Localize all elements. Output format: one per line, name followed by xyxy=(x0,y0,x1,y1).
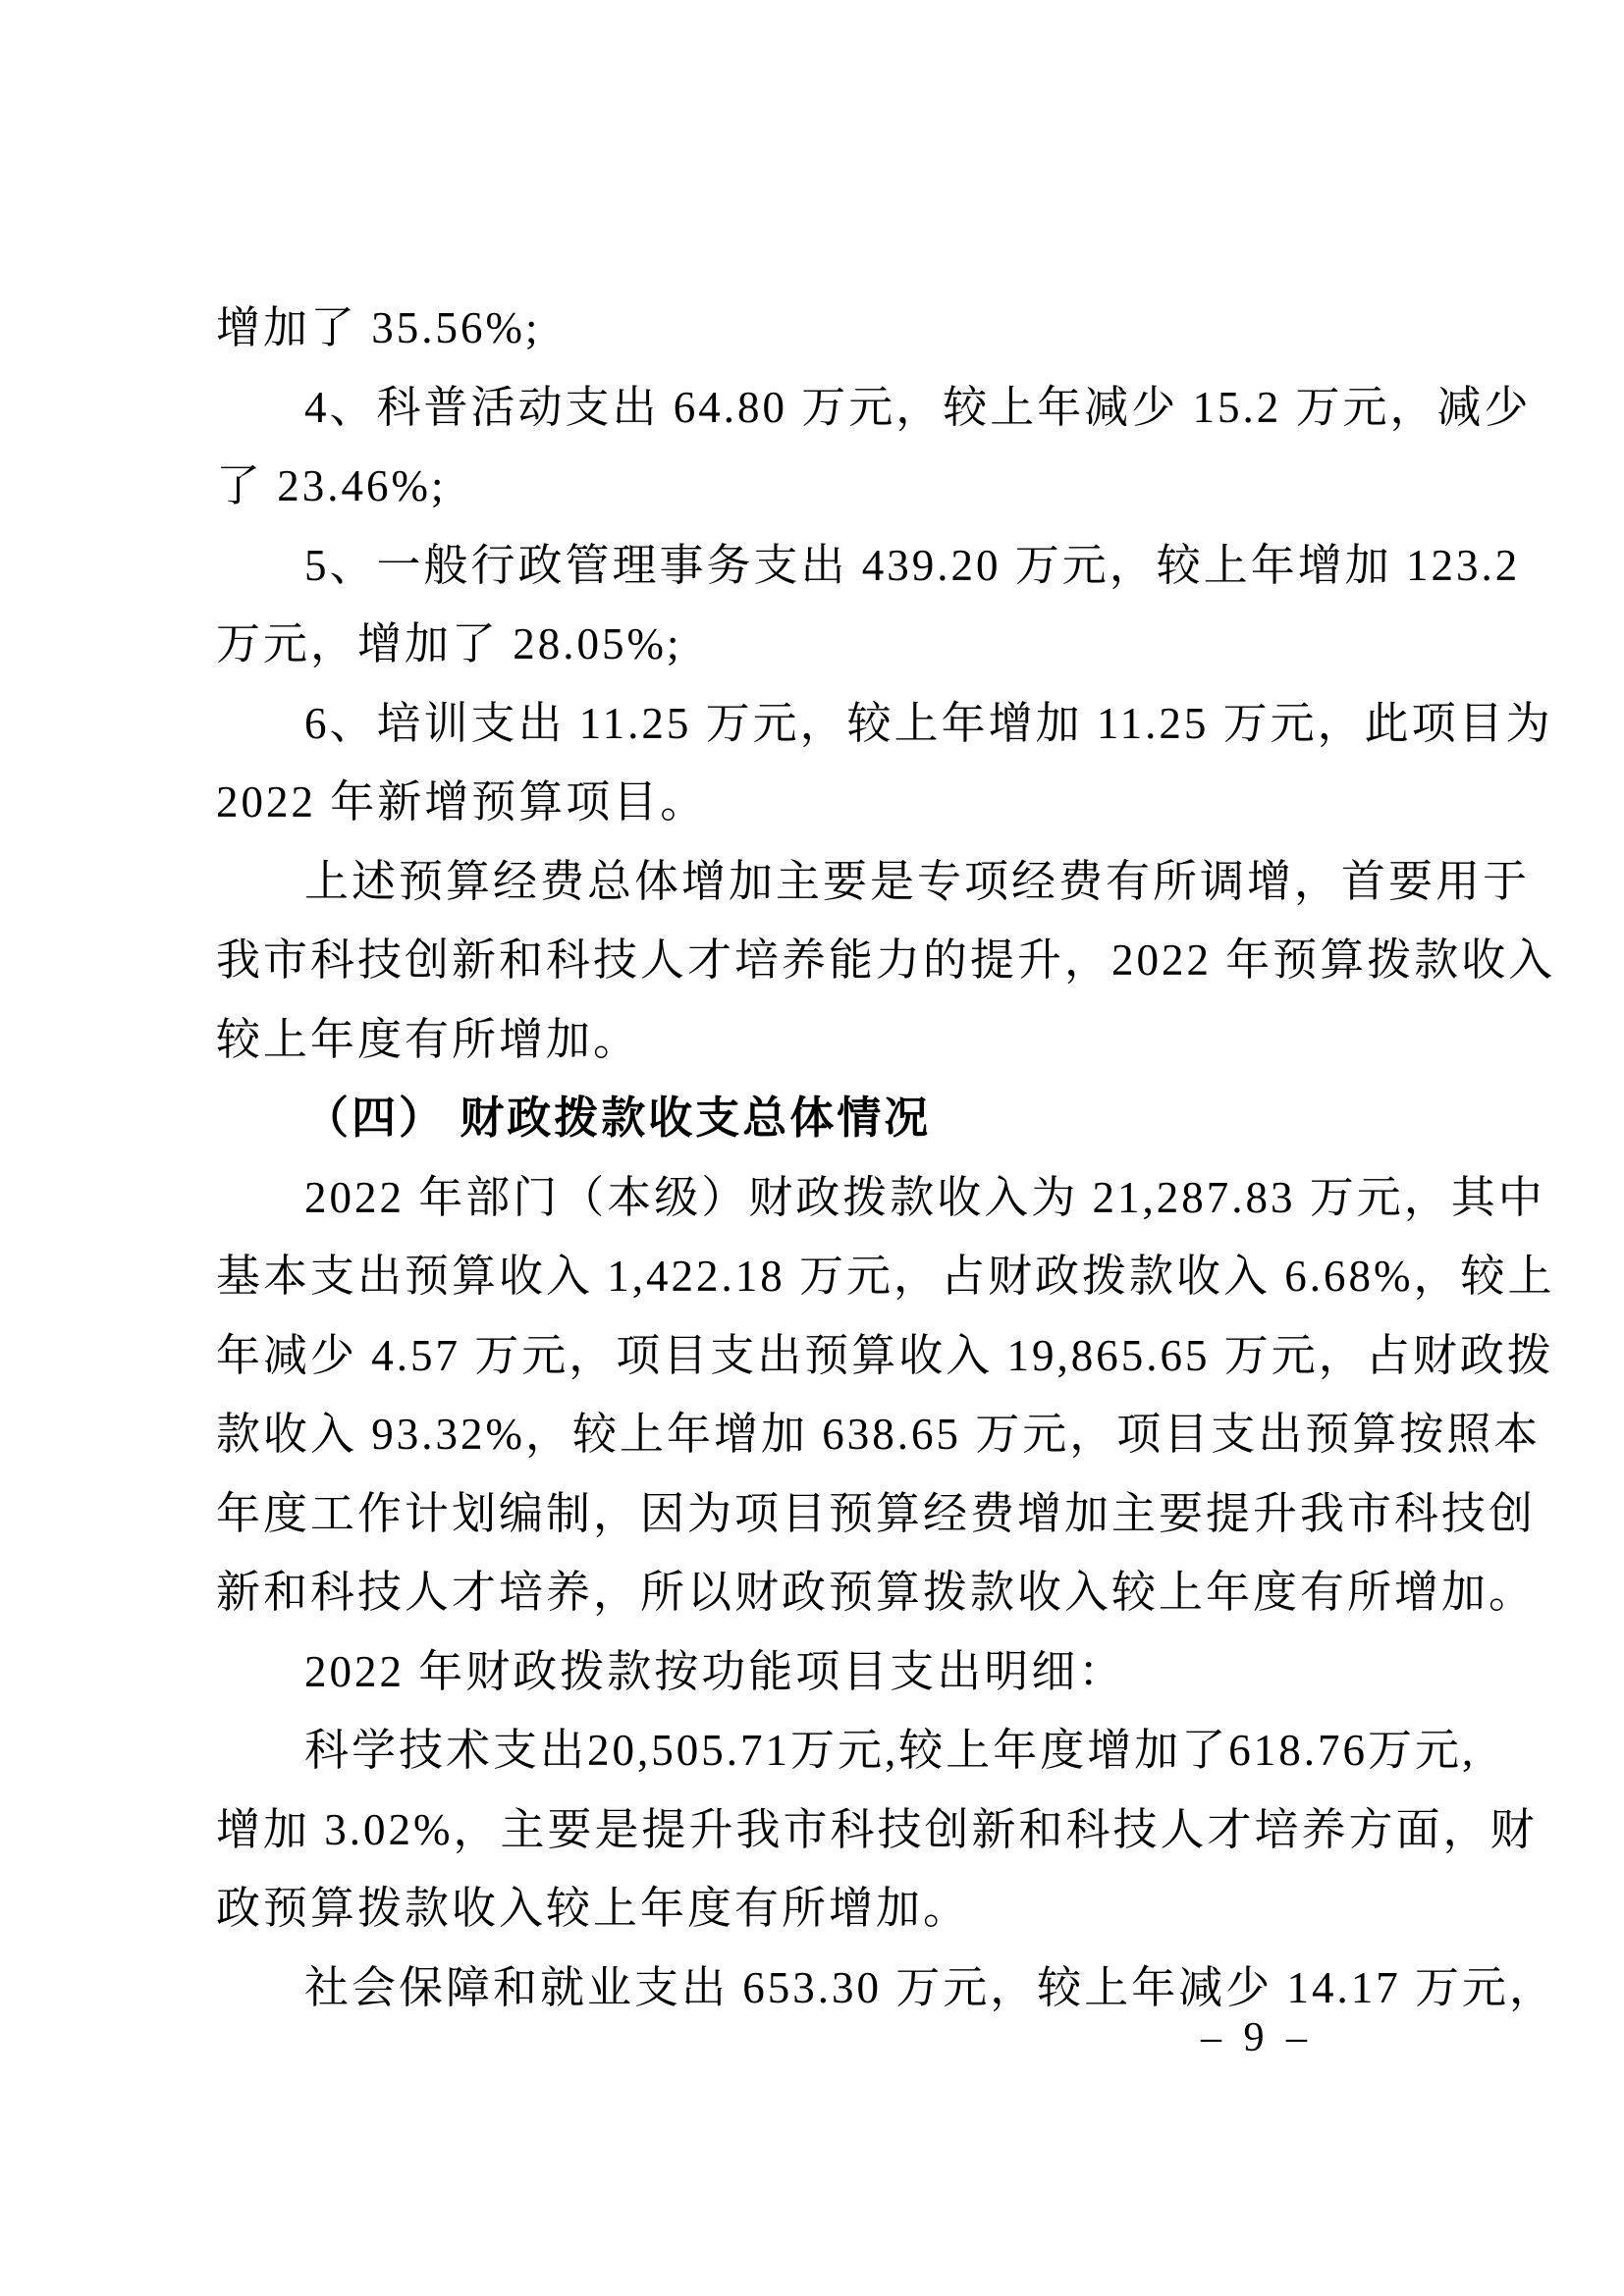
text-line: 了 23.46%; xyxy=(216,447,1424,526)
text-line: 政预算拨款收入较上年度有所增加。 xyxy=(216,1869,1424,1949)
text-line: 增加了 35.56%; xyxy=(216,289,1424,368)
text-line: 6、培训支出 11.25 万元，较上年增加 11.25 万元，此项目为 xyxy=(216,684,1424,764)
text-line: 5、一般行政管理事务支出 439.20 万元，较上年增加 123.2 xyxy=(216,526,1424,606)
text-line: （四） 财政拨款收支总体情况 xyxy=(216,1079,1424,1158)
text-line: 科学技术支出20,505.71万元,较上年度增加了618.76万元, xyxy=(216,1711,1424,1790)
text-line: 增加 3.02%，主要是提升我市科技创新和科技人才培养方面，财 xyxy=(216,1790,1424,1870)
document-body: 增加了 35.56%;4、科普活动支出 64.80 万元，较上年减少 15.2 … xyxy=(216,289,1424,2027)
text-line: 2022 年财政拨款按功能项目支出明细： xyxy=(216,1632,1424,1712)
document-page: 增加了 35.56%;4、科普活动支出 64.80 万元，较上年减少 15.2 … xyxy=(0,0,1624,2296)
text-line: 上述预算经费总体增加主要是专项经费有所调增，首要用于 xyxy=(216,842,1424,922)
text-line: 年减少 4.57 万元，项目支出预算收入 19,865.65 万元，占财政拨 xyxy=(216,1316,1424,1396)
text-line: 年度工作计划编制，因为项目预算经费增加主要提升我市科技创 xyxy=(216,1474,1424,1554)
text-line: 较上年度有所增加。 xyxy=(216,1000,1424,1080)
text-line: 我市科技创新和科技人才培养能力的提升，2022 年预算拨款收入 xyxy=(216,921,1424,1000)
text-line: 款收入 93.32%，较上年增加 638.65 万元，项目支出预算按照本 xyxy=(216,1395,1424,1474)
text-line: 新和科技人才培养，所以财政预算拨款收入较上年度有所增加。 xyxy=(216,1553,1424,1632)
text-line: 2022 年部门（本级）财政拨款收入为 21,287.83 万元，其中 xyxy=(216,1158,1424,1238)
text-line: 2022 年新增预算项目。 xyxy=(216,763,1424,842)
text-line: 4、科普活动支出 64.80 万元，较上年减少 15.2 万元，减少 xyxy=(216,368,1424,448)
text-line: 万元，增加了 28.05%; xyxy=(216,605,1424,684)
text-line: 基本支出预算收入 1,422.18 万元，占财政拨款收入 6.68%，较上 xyxy=(216,1237,1424,1316)
page-number: – 9 – xyxy=(1159,2008,1355,2067)
